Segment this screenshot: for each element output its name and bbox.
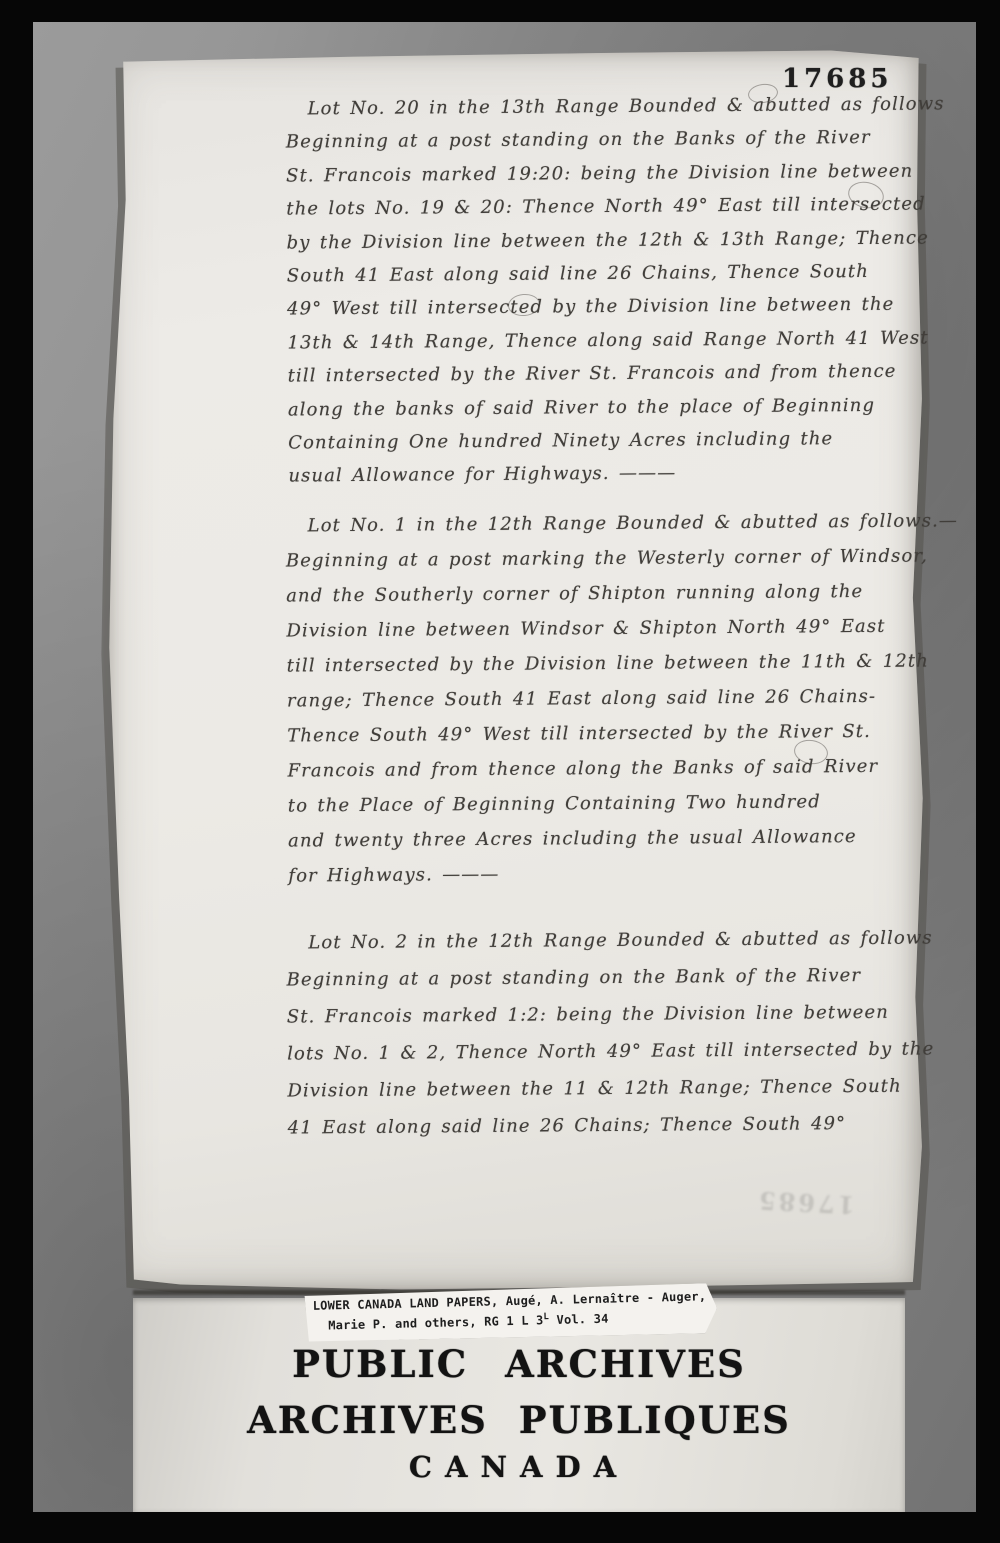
scanned-document: 17685 Lot No. 20 in the 13th Range Bound… — [0, 0, 1000, 1543]
manuscript-line: till intersected by the River St. Franco… — [288, 355, 928, 393]
manuscript-paragraph-lot-1: Lot No. 1 in the 12th Range Bounded & ab… — [285, 503, 928, 893]
manuscript-paragraph-lot-2: Lot No. 2 in the 12th Range Bounded & ab… — [286, 919, 928, 1146]
manuscript-line: Lot No. 20 in the 13th Range Bounded & a… — [285, 87, 925, 125]
manuscript-line: the lots No. 19 & 20: Thence North 49° E… — [286, 188, 926, 226]
manuscript-line: Lot No. 2 in the 12th Range Bounded & ab… — [286, 919, 926, 961]
manuscript-line: Lot No. 1 in the 12th Range Bounded & ab… — [285, 503, 925, 543]
manuscript-line: 49° West till intersected by the Divisio… — [287, 288, 927, 326]
public-archives-stamp-line-canada: CANADA — [133, 1450, 905, 1484]
manuscript-line: Beginning at a post standing on the Bank… — [286, 121, 926, 159]
manuscript-line: usual Allowance for Highways. ——— — [288, 455, 928, 493]
manuscript-line: Beginning at a post standing on the Bank… — [286, 956, 926, 998]
manuscript-line: South 41 East along said line 26 Chains,… — [287, 254, 927, 292]
show-through-folio-number: 17685 — [755, 1185, 855, 1219]
manuscript-line: to the Place of Beginning Containing Two… — [288, 783, 928, 823]
public-archives-stamp-line-en: PUBLIC ARCHIVES — [133, 1342, 905, 1386]
manuscript-line: Division line between Windsor & Shipton … — [286, 608, 926, 648]
manuscript-line: Beginning at a post marking the Westerly… — [286, 538, 926, 578]
manuscript-line: and the Southerly corner of Shipton runn… — [286, 573, 926, 613]
manuscript-line: 41 East along said line 26 Chains; Thenc… — [288, 1104, 928, 1146]
manuscript-line: for Highways. ——— — [288, 853, 928, 893]
manuscript-line: and twenty three Acres including the usu… — [288, 818, 928, 858]
manuscript-line: St. Francois marked 19:20: being the Div… — [286, 154, 926, 192]
public-archives-stamp-line-fr: ARCHIVES PUBLIQUES — [133, 1398, 905, 1442]
reference-label-line2-pre: Marie P. and others, RG 1 L 3 — [328, 1313, 544, 1332]
manuscript-line: till intersected by the Division line be… — [287, 643, 927, 683]
manuscript-line: Division line between the 11 & 12th Rang… — [287, 1067, 927, 1109]
manuscript-line: St. Francois marked 1:2: being the Divis… — [287, 993, 927, 1035]
manuscript-line: 13th & 14th Range, Thence along said Ran… — [287, 321, 927, 359]
reference-label-line2-post: Vol. 34 — [549, 1312, 609, 1327]
manuscript-paragraph-lot-20: Lot No. 20 in the 13th Range Bounded & a… — [285, 87, 928, 493]
manuscript-line: Containing One hundred Ninety Acres incl… — [288, 421, 928, 459]
manuscript-line: Thence South 49° West till intersected b… — [287, 713, 927, 753]
manuscript-line: Francois and from thence along the Banks… — [287, 748, 927, 788]
manuscript-line: range; Thence South 41 East along said l… — [287, 678, 927, 718]
manuscript-line: lots No. 1 & 2, Thence North 49° East ti… — [287, 1030, 927, 1072]
manuscript-line: by the Division line between the 12th & … — [286, 221, 926, 259]
manuscript-line: along the banks of said River to the pla… — [288, 388, 928, 426]
